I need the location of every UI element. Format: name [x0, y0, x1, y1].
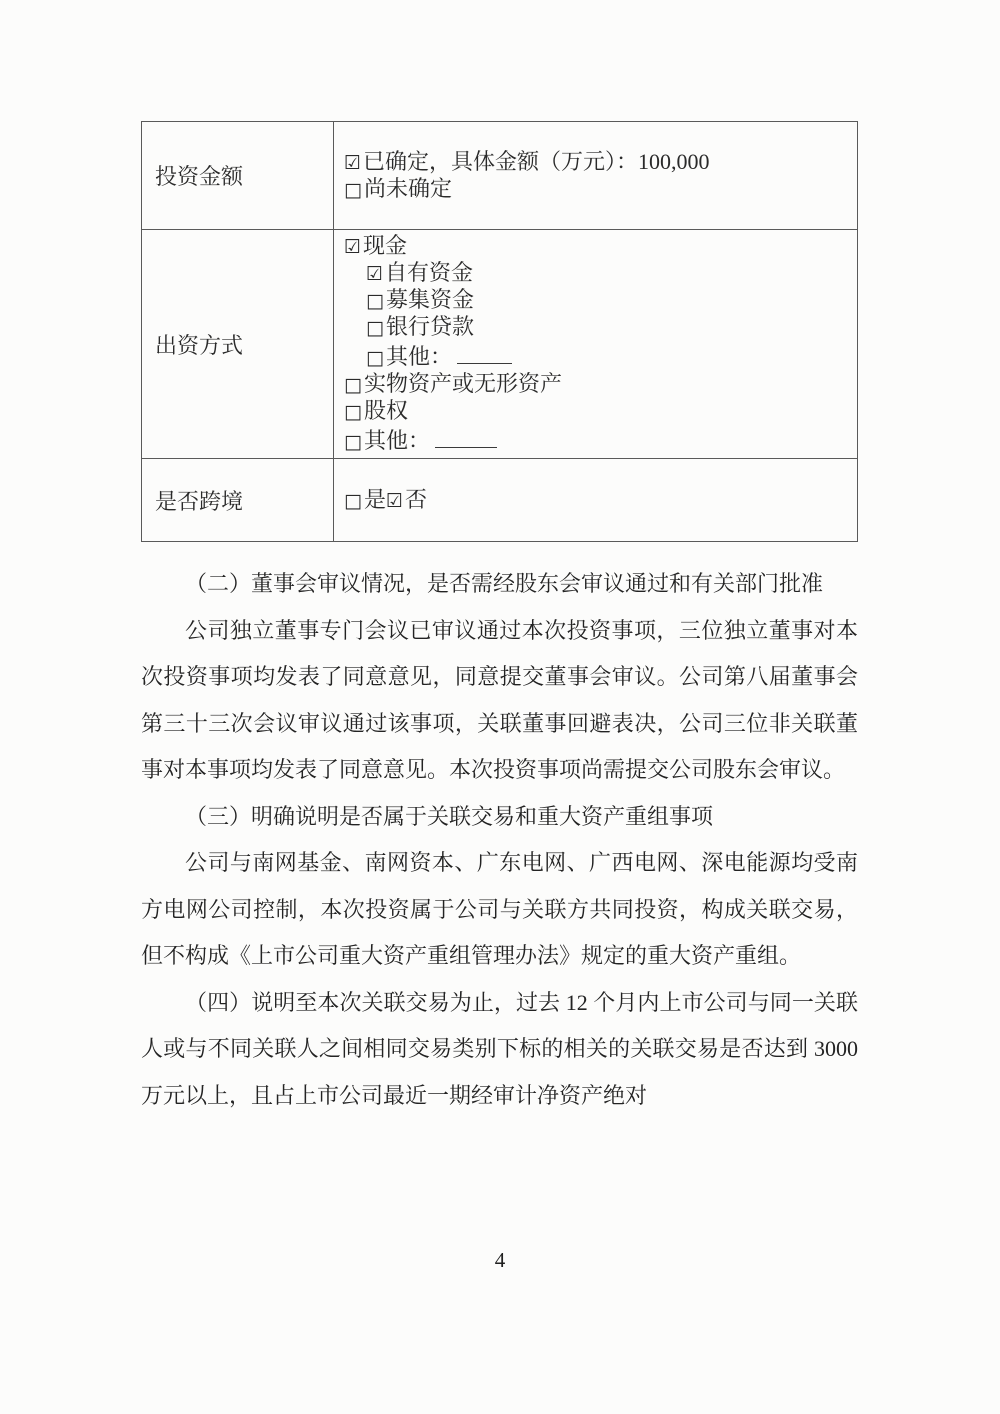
investment-info-table: 投资金额 ☑已确定，具体金额（万元）：100,000 □尚未确定 出资方式 ☑现…: [141, 121, 858, 542]
checkbox-checked-icon: ☑: [344, 152, 361, 174]
option-label: 股权: [364, 398, 408, 423]
checkbox-option: ☑现金: [344, 233, 849, 260]
checkbox-checked-icon: ☑: [386, 490, 403, 512]
paragraph-heading-2: （二）董事会审议情况，是否需经股东会审议通过和有关部门批准: [141, 561, 858, 608]
row-value-investment-amount: ☑已确定，具体金额（万元）：100,000 □尚未确定: [334, 122, 858, 230]
checkbox-unchecked-icon: □: [366, 347, 384, 369]
checkbox-option: □股权: [344, 398, 849, 425]
checkbox-unchecked-icon: □: [366, 290, 384, 312]
option-label: 尚未确定: [364, 176, 452, 201]
checkbox-option: □银行贷款: [344, 314, 849, 341]
checkbox-option-group: □是☑否: [344, 487, 849, 514]
checkbox-option: □募集资金: [344, 287, 849, 314]
checkbox-unchecked-icon: □: [344, 401, 362, 423]
checkbox-unchecked-icon: □: [344, 431, 362, 453]
checkbox-unchecked-icon: □: [344, 374, 362, 396]
checkbox-option: □实物资产或无形资产: [344, 371, 849, 398]
checkbox-checked-icon: ☑: [344, 236, 361, 258]
blank-underline: [435, 425, 497, 448]
option-label: 银行贷款: [386, 314, 474, 339]
option-label: 是: [364, 487, 386, 512]
option-label: 自有资金: [385, 260, 473, 285]
option-label: 已确定，具体金额（万元）：100,000: [363, 149, 710, 174]
document-page: 投资金额 ☑已确定，具体金额（万元）：100,000 □尚未确定 出资方式 ☑现…: [0, 0, 1000, 1414]
table-row-funding-method: 出资方式 ☑现金 ☑自有资金 □募集资金 □银行贷款 □其他： □实物资产或无形…: [142, 230, 858, 459]
paragraph-heading-4: （四）说明至本次关联交易为止，过去 12 个月内上市公司与同一关联人或与不同关联…: [141, 980, 858, 1120]
option-label: 募集资金: [386, 287, 474, 312]
option-label: 否: [405, 487, 427, 512]
paragraph-related-transaction: 公司与南网基金、南网资本、广东电网、广西电网、深电能源均受南方电网公司控制，本次…: [141, 840, 858, 980]
option-label: 实物资产或无形资产: [364, 371, 562, 396]
body-text: （二）董事会审议情况，是否需经股东会审议通过和有关部门批准 公司独立董事专门会议…: [141, 561, 858, 1119]
checkbox-option: ☑已确定，具体金额（万元）：100,000: [344, 149, 849, 176]
checkbox-option: □其他：: [344, 341, 849, 371]
blank-underline: [457, 341, 512, 364]
row-label-funding-method: 出资方式: [142, 230, 334, 459]
checkbox-option: □尚未确定: [344, 176, 849, 203]
row-value-funding-method: ☑现金 ☑自有资金 □募集资金 □银行贷款 □其他： □实物资产或无形资产 □股…: [334, 230, 858, 459]
option-label: 其他：: [386, 344, 452, 369]
checkbox-unchecked-icon: □: [344, 179, 362, 201]
page-content: 投资金额 ☑已确定，具体金额（万元）：100,000 □尚未确定 出资方式 ☑现…: [141, 121, 858, 1119]
checkbox-unchecked-icon: □: [344, 490, 362, 512]
checkbox-option: ☑自有资金: [344, 260, 849, 287]
table-row-cross-border: 是否跨境 □是☑否: [142, 459, 858, 542]
page-number: 4: [0, 1248, 1000, 1273]
checkbox-checked-icon: ☑: [366, 263, 383, 285]
option-label: 现金: [363, 233, 407, 258]
checkbox-unchecked-icon: □: [366, 317, 384, 339]
row-label-investment-amount: 投资金额: [142, 122, 334, 230]
checkbox-option: □其他：: [344, 425, 849, 455]
paragraph-board-review: 公司独立董事专门会议已审议通过本次投资事项，三位独立董事对本次投资事项均发表了同…: [141, 608, 858, 794]
table-row-investment-amount: 投资金额 ☑已确定，具体金额（万元）：100,000 □尚未确定: [142, 122, 858, 230]
paragraph-heading-3: （三）明确说明是否属于关联交易和重大资产重组事项: [141, 794, 858, 841]
option-label: 其他：: [364, 428, 430, 453]
row-value-cross-border: □是☑否: [334, 459, 858, 542]
row-label-cross-border: 是否跨境: [142, 459, 334, 542]
